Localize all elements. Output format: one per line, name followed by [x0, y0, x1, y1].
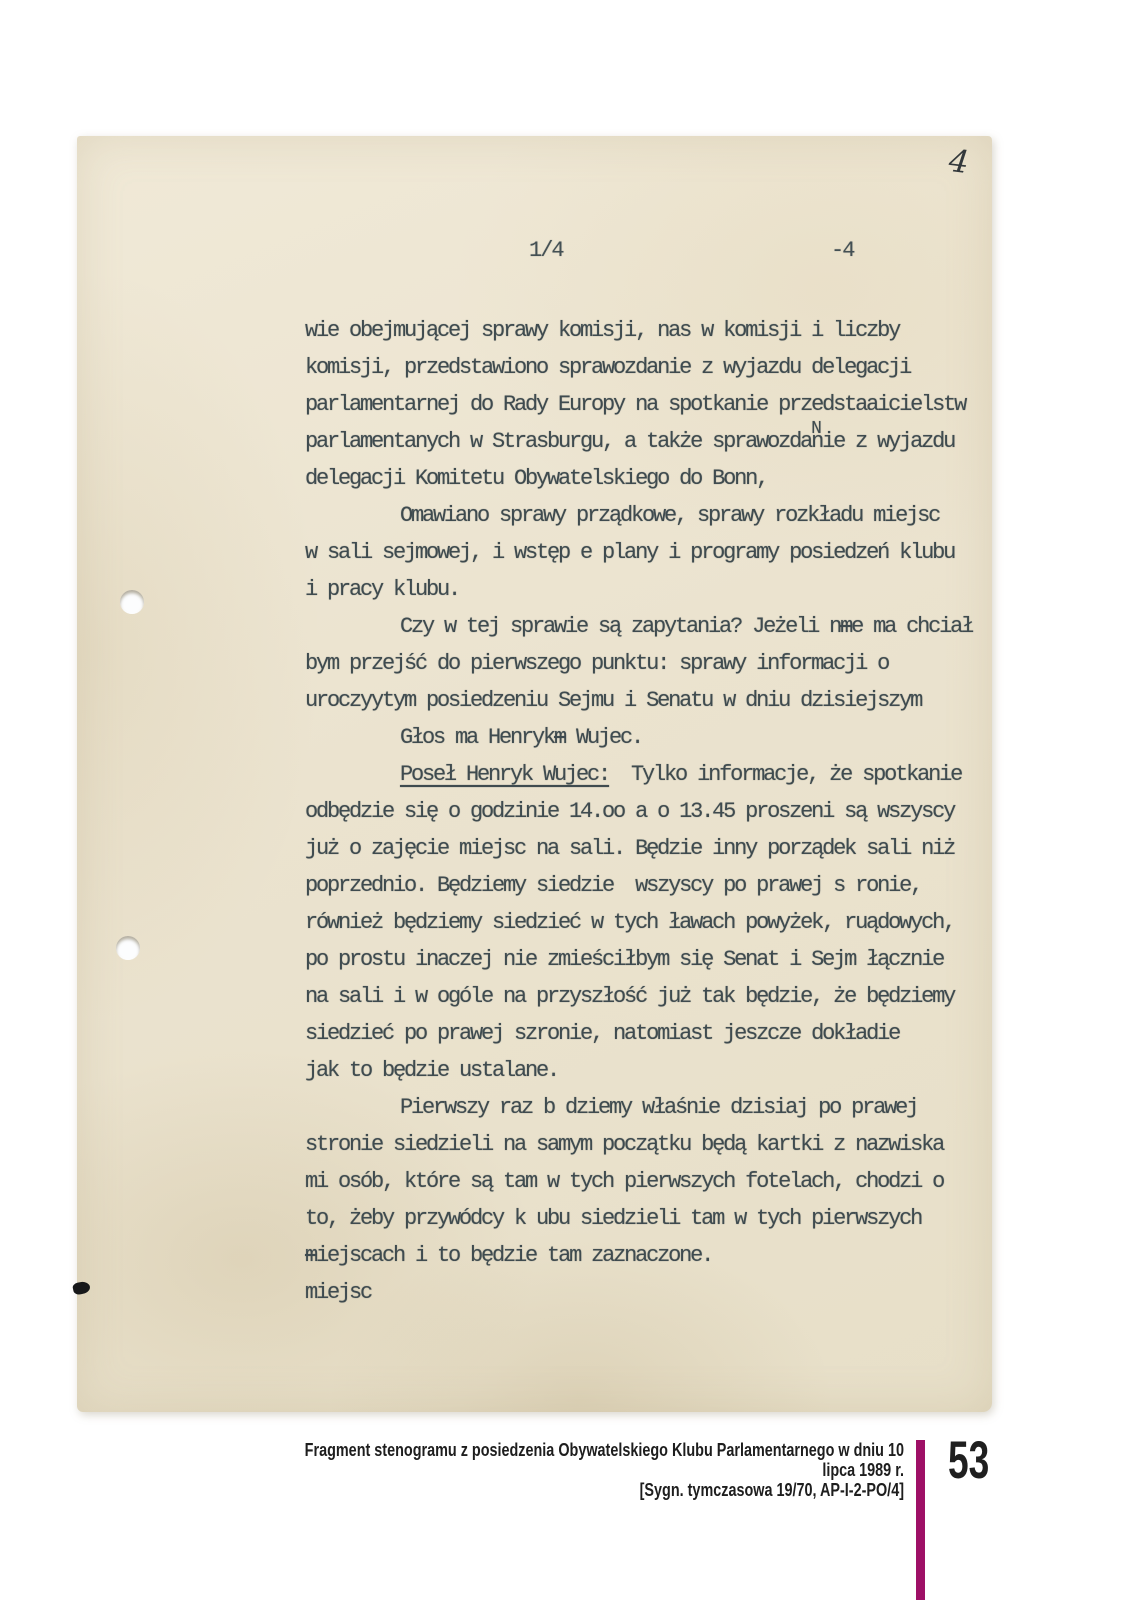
typewriter-segment: to, żeby przywódcy k ubu siedzieli tam w… — [305, 1206, 921, 1231]
typewriter-line: miejsc — [305, 1274, 985, 1311]
typewriter-line: i pracy klubu. — [305, 571, 985, 608]
typed-page-fraction: 1/4 — [529, 238, 563, 263]
typewriter-line: Pierwszy raz b dziemy właśnie dzisiaj po… — [305, 1089, 985, 1126]
typewriter-line: Poseł Henryk Wujec: Tylko informacje, że… — [305, 756, 985, 793]
typewriter-line: stronie siedzieli na samym początku będą… — [305, 1126, 985, 1163]
typewriter-line: siedzieć po prawej szronie, natomiast je… — [305, 1015, 985, 1052]
typewriter-line: wie obejmującej sprawy komisji, nas w ko… — [305, 312, 985, 349]
typewriter-segment: na sali i w ogóle na przyszłość już tak … — [305, 984, 954, 1009]
typewriter-segment: Czy w tej sprawie są zapytania? Jeżeli n — [400, 614, 840, 639]
typewriter-segment: poprzednio. Będziemy siedzie wszyscy po … — [305, 873, 921, 898]
typewriter-line: po prostu inaczej nie zmieściłbym się Se… — [305, 941, 985, 978]
typewriter-line: komisji, przedstawiono sprawozdanie z wy… — [305, 349, 985, 386]
book-page-scan: 1/4 -4 4 wie obejmującej sprawy komisji,… — [0, 0, 1131, 1600]
typewriter-segment: miejsc — [305, 1280, 371, 1305]
typewriter-segment: m — [840, 614, 851, 639]
typewriter-segment: stronie siedzieli na samym początku będą… — [305, 1132, 943, 1157]
typewriter-segment: e ma chciał — [851, 614, 972, 639]
typewriter-line: uroczyytym posiedzeniu Sejmu i Senatu w … — [305, 682, 985, 719]
typewriter-segment: bym przejść do pierwszego punktu: sprawy… — [305, 651, 888, 676]
figure-caption: Fragment stenogramu z posiedzenia Obywat… — [296, 1440, 904, 1500]
handwritten-numeral: 4 — [947, 143, 971, 181]
typewriter-text-block: wie obejmującej sprawy komisji, nas w ko… — [305, 312, 985, 1311]
typewriter-segment: wie obejmującej sprawy komisji, nas w ko… — [305, 318, 899, 343]
typewriter-segment: m — [554, 725, 565, 750]
typewriter-line: również będziemy siedzieć w tych ławach … — [305, 904, 985, 941]
typewriter-segment: parlamentarnej do Rady Europy na spotkan… — [305, 392, 965, 417]
typewriter-line: Czy w tej sprawie są zapytania? Jeżeli n… — [305, 608, 985, 645]
punch-hole-bottom — [116, 936, 140, 960]
typewriter-segment: Omawiano sprawy prządkowe, sprawy rozkła… — [400, 503, 939, 528]
ink-blot — [72, 1280, 91, 1295]
typewriter-line: to, żeby przywódcy k ubu siedzieli tam w… — [305, 1200, 985, 1237]
typewriter-segment: i pracy klubu. — [305, 577, 459, 602]
typewriter-line: parlamentarnej do Rady Europy na spotkan… — [305, 386, 985, 423]
document-page: 1/4 -4 4 wie obejmującej sprawy komisji,… — [77, 136, 992, 1412]
typewriter-segment: Poseł Henryk Wujec: — [400, 762, 609, 787]
typewriter-segment: już o zajęcie miejsc na sali. Będzie inn… — [305, 836, 954, 861]
typewriter-line: delegacji Komitetu Obywatelskiego do Bon… — [305, 460, 985, 497]
caption-line-1: Fragment stenogramu z posiedzenia Obywat… — [296, 1440, 904, 1480]
typewriter-segment: również będziemy siedzieć w tych ławach … — [305, 910, 954, 935]
typewriter-segment: jak to będzie ustalane. — [305, 1058, 558, 1083]
typewriter-line: w sali sejmowej, i wstęp e plany i progr… — [305, 534, 985, 571]
typewriter-line: poprzednio. Będziemy siedzie wszyscy po … — [305, 867, 985, 904]
typewriter-line: mi osób, które są tam w tych pierwszych … — [305, 1163, 985, 1200]
typewriter-segment: parlamentanych w Strasburgu, a także spr… — [305, 429, 811, 454]
typewriter-line: już o zajęcie miejsc na sali. Będzie inn… — [305, 830, 985, 867]
caption-line-2: [Sygn. tymczasowa 19/70, AP-I-2-PO/4] — [296, 1480, 904, 1500]
typewriter-segment: iejscach i to będzie tam zaznaczone. — [316, 1243, 712, 1268]
typed-page-number: -4 — [831, 238, 853, 263]
typewriter-segment: Pierwszy raz b dziemy właśnie dzisiaj po… — [400, 1095, 917, 1120]
typewriter-line: bym przejść do pierwszego punktu: sprawy… — [305, 645, 985, 682]
typewriter-line: Głos ma Henrykm Wujec. — [305, 719, 985, 756]
typewriter-segment: mi osób, które są tam w tych pierwszych … — [305, 1169, 943, 1194]
typewriter-line: na sali i w ogóle na przyszłość już tak … — [305, 978, 985, 1015]
typewriter-line: Omawiano sprawy prządkowe, sprawy rozkła… — [305, 497, 985, 534]
page-number: 53 — [948, 1434, 989, 1487]
typewriter-line: odbędzie się o godzinie 14.oo a o 13.45 … — [305, 793, 985, 830]
typewriter-line: parlamentanych w Strasburgu, a także spr… — [305, 423, 985, 460]
typewriter-segment: po prostu inaczej nie zmieściłbym się Se… — [305, 947, 943, 972]
typewriter-segment: m — [305, 1243, 316, 1268]
typewriter-segment: uroczyytym posiedzeniu Sejmu i Senatu w … — [305, 688, 921, 713]
typewriter-line: jak to będzie ustalane. — [305, 1052, 985, 1089]
typewriter-line: miejscach i to będzie tam zaznaczone. — [305, 1237, 985, 1274]
typewriter-segment: nie z wyjazdu — [811, 429, 954, 454]
typewriter-segment: delegacji Komitetu Obywatelskiego do Bon… — [305, 466, 767, 491]
typewriter-segment: Wujec. — [565, 725, 642, 750]
typewriter-segment: komisji, przedstawiono sprawozdanie z wy… — [305, 355, 910, 380]
punch-hole-top — [120, 590, 144, 614]
typewriter-segment: odbędzie się o godzinie 14.oo a o 13.45 … — [305, 799, 954, 824]
typewriter-segment: siedzieć po prawej szronie, natomiast je… — [305, 1021, 899, 1046]
typewriter-segment: w sali sejmowej, i wstęp e plany i progr… — [305, 540, 954, 565]
typewriter-segment: Głos ma Henryk — [400, 725, 554, 750]
typewriter-segment: Tylko informacje, że spotkanie — [609, 762, 961, 787]
accent-rule — [916, 1440, 925, 1600]
